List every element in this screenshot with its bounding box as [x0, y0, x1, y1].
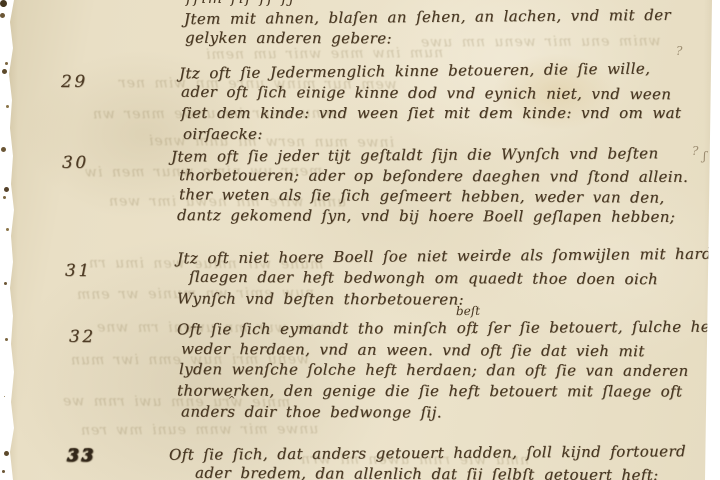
margin-squiggle: ʃ: [703, 149, 706, 163]
manuscript-line: Jtem oft ſie jeder tijt geſtaldt ſijn di…: [171, 143, 659, 166]
manuscript-line: ader bredem, dan allenlich dat ſij ſelbſ…: [195, 463, 659, 480]
manuscript-line: Jtz oft niet hoere Boell ſoe niet weirde…: [177, 244, 720, 269]
bleed-line: wnim enu mir wenu nm uwe: [420, 33, 661, 50]
margin-number-29: 29: [61, 72, 88, 92]
paper-sheet: num inw mne wnir um nemi wem nur minw un…: [0, 0, 720, 480]
manuscript-line: Oft ſie ſich, dat anders getouert hadden…: [169, 441, 686, 465]
manuscript-line: weder herdaen, vnd an ween. vnd oft ſie …: [181, 339, 645, 361]
margin-number-30: 30: [62, 153, 89, 173]
cut-off-line-fragment: ſſım ſıſ ſſ ſj: [186, 0, 296, 7]
manuscript-line: ſlaegen daer heft bedwongh om quaedt tho…: [189, 267, 658, 289]
bleed-line: unwe mir wnm euni mw ren: [80, 421, 318, 438]
manuscript-line: thorbetoueren; ader op beſondere daeghen…: [179, 165, 688, 187]
manuscript-line: Jtem mit ahnen, blaſen an ſehen, an lach…: [184, 5, 671, 29]
manuscript-line: oirſaecke:: [183, 124, 263, 144]
manuscript-line: ader oft ſich einige kinne dod vnd eynic…: [181, 82, 671, 105]
manuscript-scan: num inw mne wnir um nemi wem nur minw un…: [0, 0, 720, 480]
margin-number-32: 32: [69, 327, 96, 347]
manuscript-line: dantz gekomend ſyn, vnd bij hoere Boell …: [177, 205, 675, 227]
left-edge-specks: [2, 4, 5, 7]
manuscript-line: ſiet dem kinde: vnd ween ſiet mit dem ki…: [181, 103, 681, 123]
manuscript-line: lyden wenſche ſolche heft herdaen; dan o…: [179, 359, 689, 381]
interlinear-insertion: beſt: [456, 304, 480, 318]
margin-number-31: 31: [65, 261, 92, 281]
manuscript-line: thorwerken, den genige die ſie heft beto…: [177, 381, 682, 402]
margin-number-33: 33: [67, 446, 96, 466]
manuscript-line: Oft ſie ſich eymandt tho minſch oft ſer …: [177, 317, 720, 340]
margin-squiggle: ?: [692, 144, 698, 158]
manuscript-line: ther weten als ſie ſich geſmeert hebben,…: [179, 184, 665, 207]
manuscript-line: gelyken anderen gebere:: [185, 28, 392, 49]
margin-squiggle: ?: [676, 44, 682, 58]
manuscript-line: anders dair thoe bedwonge ſij.: [181, 402, 442, 423]
manuscript-line: Wynſch vnd beſten thorbetoueren:: [177, 288, 464, 309]
manuscript-line: Jtz oft ſie Jedermenglich kinne betouere…: [179, 59, 650, 84]
